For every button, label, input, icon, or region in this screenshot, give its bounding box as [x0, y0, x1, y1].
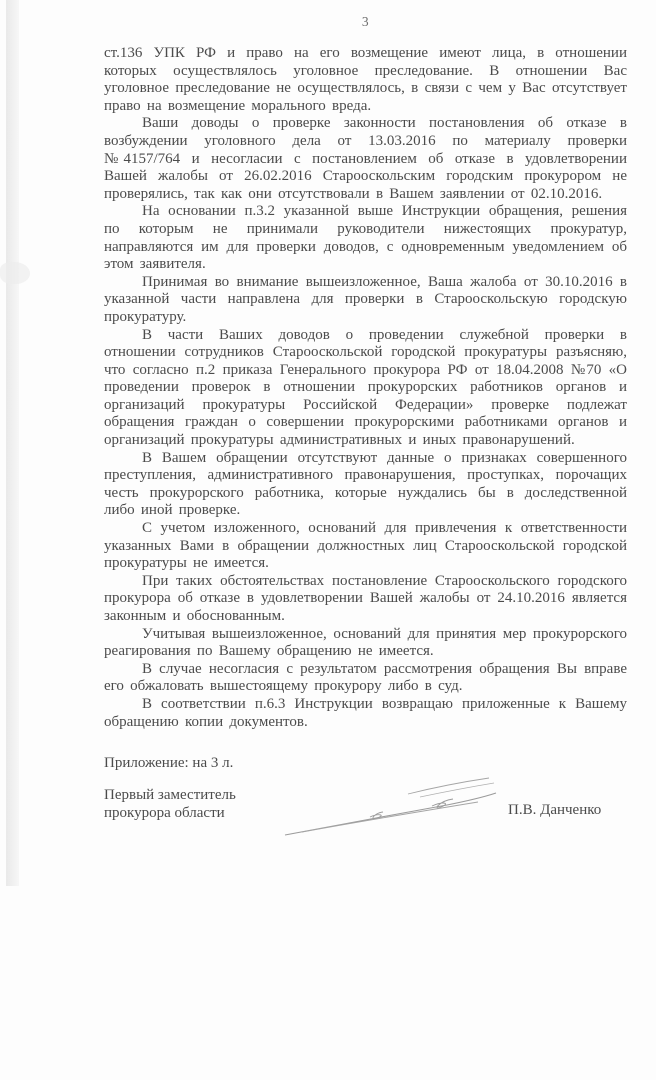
scan-edge-artifact	[6, 0, 19, 886]
paragraph: В Вашем обращении отсутствуют данные о п…	[104, 450, 627, 520]
paragraph: Принимая во внимание вышеизложенное, Ваш…	[104, 274, 627, 327]
paragraph: В случае несогласия с результатом рассмо…	[104, 661, 627, 696]
paragraph: В соответствии п.6.3 Инструкции возвраща…	[104, 696, 627, 731]
scanned-document-page: 3 ст.136 УПК РФ и право на его возмещени…	[0, 0, 656, 1080]
paragraph: На основании п.3.2 указанной выше Инстру…	[104, 203, 627, 273]
signer-title-line1: Первый заместитель	[104, 787, 236, 805]
signer-title: Первый заместитель прокурора области	[104, 787, 236, 822]
paragraph: В части Ваших доводов о проведении служе…	[104, 327, 627, 450]
signer-name: П.В. Данченко	[508, 802, 628, 819]
paragraph: Ваши доводы о проверке законности постан…	[104, 115, 627, 203]
scan-smudge-artifact	[0, 262, 30, 284]
paragraph: При таких обстоятельствах постановление …	[104, 573, 627, 626]
letter-body: ст.136 УПК РФ и право на его возмещение …	[104, 45, 627, 731]
paragraph: С учетом изложенного, оснований для прив…	[104, 520, 627, 573]
paragraph: Учитывая вышеизложенное, оснований для п…	[104, 626, 627, 661]
paragraph: ст.136 УПК РФ и право на его возмещение …	[104, 45, 627, 115]
signature-handwriting	[282, 770, 500, 842]
attachment-note: Приложение: на 3 л.	[104, 755, 233, 772]
page-number: 3	[104, 14, 627, 30]
signer-title-line2: прокурора области	[104, 805, 236, 823]
